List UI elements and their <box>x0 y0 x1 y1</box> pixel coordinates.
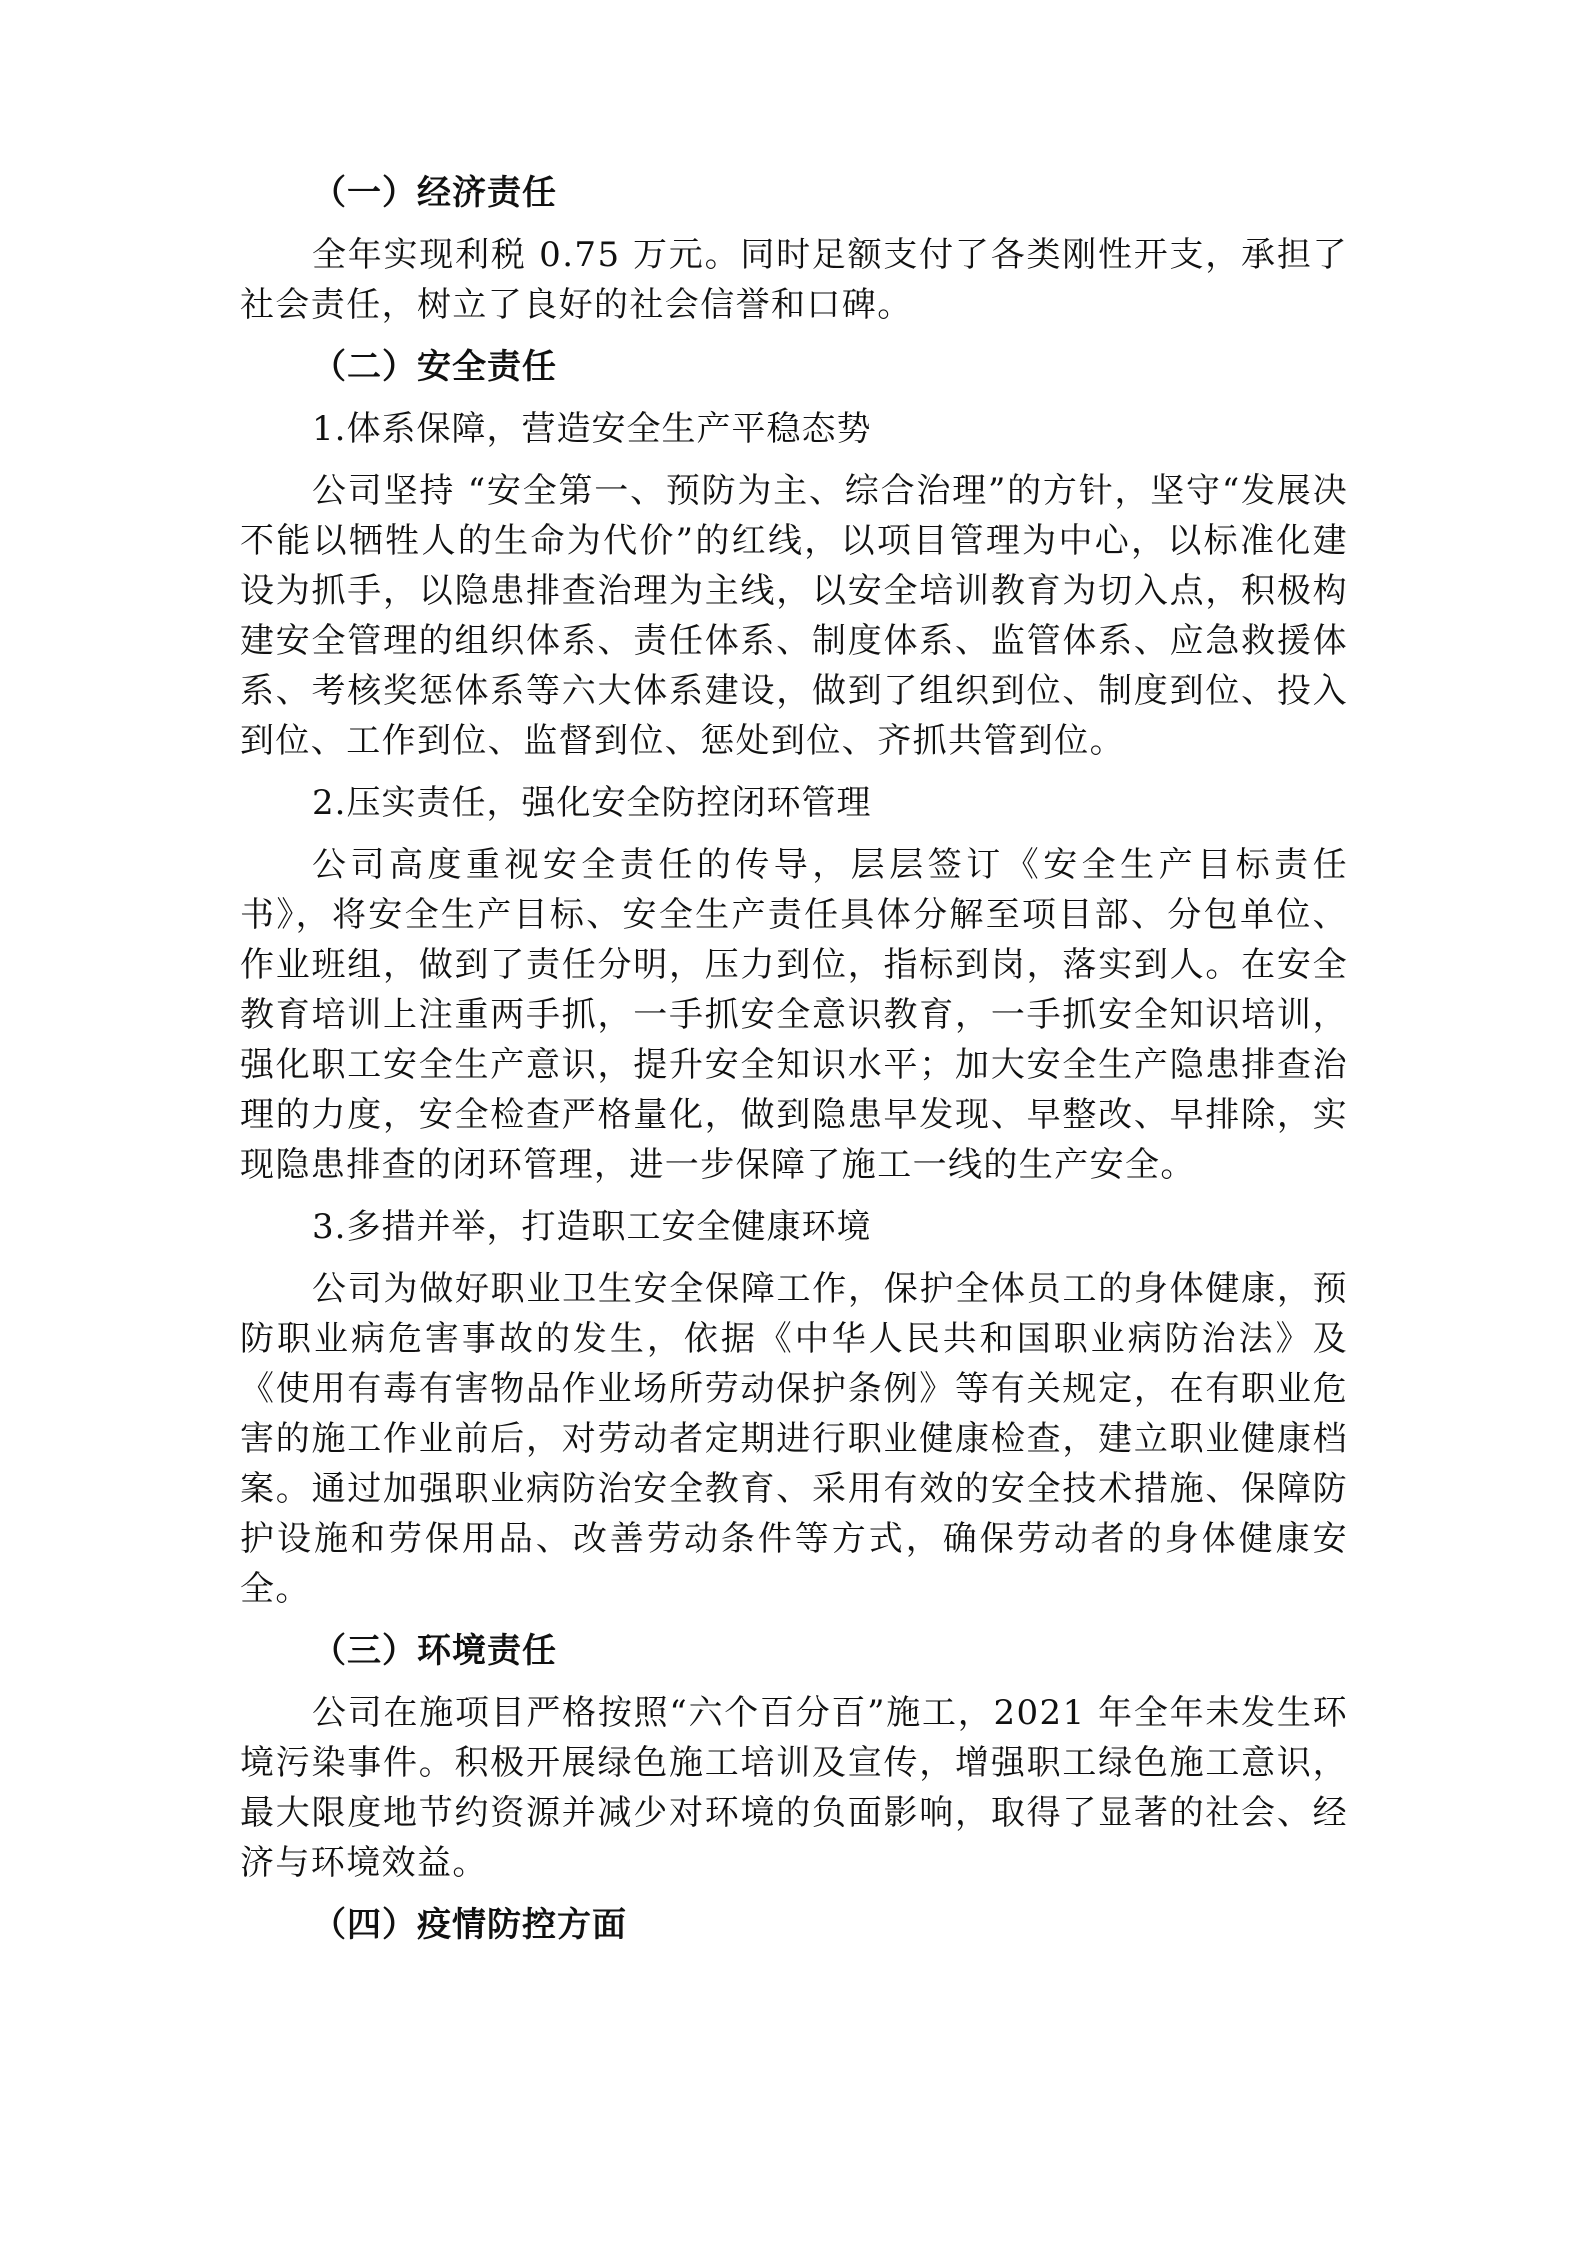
subsection-heading: 2.压实责任，强化安全防控闭环管理 <box>240 778 1348 828</box>
section-epidemic-prevention: （四）疫情防控方面 <box>240 1900 1348 1950</box>
subsection-heading: 3.多措并举，打造职工安全健康环境 <box>240 1202 1348 1252</box>
section-economic-responsibility: （一）经济责任 全年实现利税 0.75 万元。同时足额支付了各类刚性开支，承担了… <box>240 168 1348 330</box>
section-heading: （四）疫情防控方面 <box>240 1900 1348 1950</box>
section-heading: （一）经济责任 <box>240 168 1348 218</box>
section-safety-responsibility: （二）安全责任 1.体系保障，营造安全生产平稳态势 公司坚持 “安全第一、预防为… <box>240 342 1348 1614</box>
paragraph: 公司坚持 “安全第一、预防为主、综合治理”的方针，坚守“发展决不能以牺牲人的生命… <box>240 466 1348 766</box>
paragraph: 公司高度重视安全责任的传导，层层签订《安全生产目标责任书》，将安全生产目标、安全… <box>240 840 1348 1190</box>
section-heading: （二）安全责任 <box>240 342 1348 392</box>
section-heading: （三）环境责任 <box>240 1626 1348 1676</box>
section-environmental-responsibility: （三）环境责任 公司在施项目严格按照“六个百分百”施工，2021 年全年未发生环… <box>240 1626 1348 1888</box>
subsection-heading: 1.体系保障，营造安全生产平稳态势 <box>240 404 1348 454</box>
paragraph: 公司在施项目严格按照“六个百分百”施工，2021 年全年未发生环境污染事件。积极… <box>240 1688 1348 1888</box>
document-page: （一）经济责任 全年实现利税 0.75 万元。同时足额支付了各类刚性开支，承担了… <box>240 168 1348 1962</box>
paragraph: 公司为做好职业卫生安全保障工作，保护全体员工的身体健康，预防职业病危害事故的发生… <box>240 1264 1348 1614</box>
paragraph: 全年实现利税 0.75 万元。同时足额支付了各类刚性开支，承担了社会责任，树立了… <box>240 230 1348 330</box>
